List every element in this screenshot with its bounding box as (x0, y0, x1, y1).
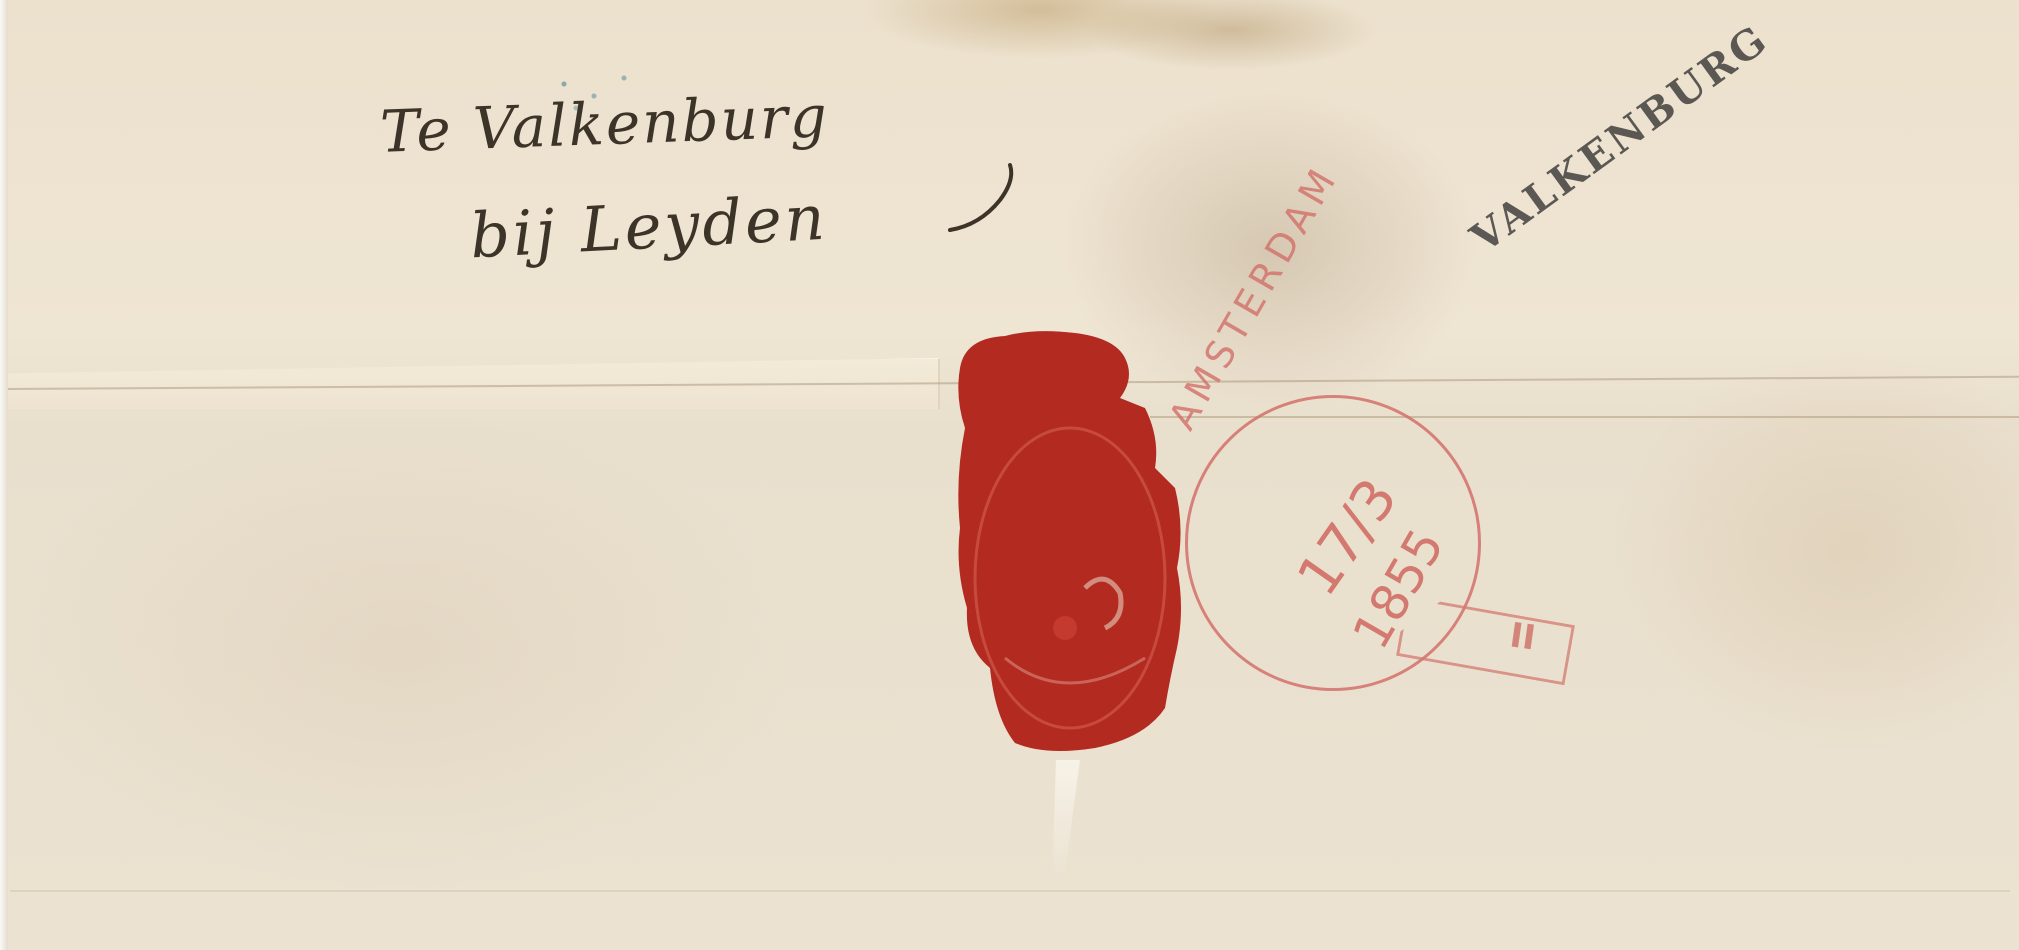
paper-edge (0, 0, 8, 950)
handwritten-address-line-1: Te Valkenburg (379, 82, 830, 166)
letter-cover: Te Valkenburg bij Leyden VALKENBURG AMST… (0, 0, 2019, 950)
pen-flourish-icon (940, 160, 1030, 240)
town-name-stamp: VALKENBURG (1462, 15, 1777, 262)
handwritten-address-line-2: bij Leyden (468, 181, 829, 273)
paper-tear (1040, 760, 1080, 880)
bottom-fold-line (10, 890, 2010, 892)
wax-seal-icon (945, 328, 1195, 758)
